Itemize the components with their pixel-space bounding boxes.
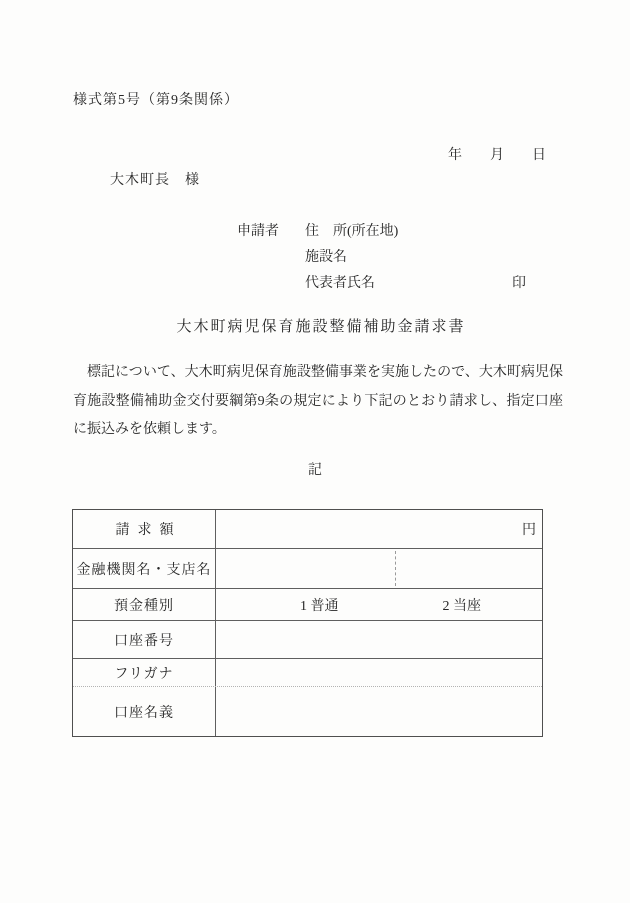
form-number: 様式第5号（第9条関係） [73, 89, 239, 109]
furigana-field [216, 659, 542, 686]
deposit-option-current: 2 当座 [443, 595, 482, 615]
issue-date-line: 年 月 日 [448, 144, 546, 164]
day-label: 日 [532, 144, 546, 164]
bank-branch-field [216, 549, 542, 588]
applicant-label: 申請者 [237, 220, 279, 240]
month-label: 月 [490, 144, 504, 164]
year-label: 年 [448, 144, 462, 164]
yen-unit-label: 円 [522, 519, 536, 539]
furigana-label: フリガナ [73, 659, 216, 686]
deposit-type-row: 預金種別 1 普通 2 当座 [73, 588, 542, 620]
addressee: 大木町長 様 [110, 169, 200, 189]
bank-branch-label: 金融機関名・支店名 [73, 549, 216, 588]
body-paragraph: 標記について、大木町病児保育施設整備事業を実施したので、大木町病児保育施設整備補… [73, 359, 563, 445]
bank-branch-divider [395, 551, 396, 586]
applicant-representative-label: 代表者氏名 [305, 272, 375, 292]
notation-ki: 記 [0, 459, 630, 479]
claim-amount-label: 請求額 [73, 510, 216, 548]
account-holder-label: 口座名義 [73, 687, 216, 736]
account-number-field [216, 621, 542, 658]
deposit-type-field: 1 普通 2 当座 [216, 589, 542, 620]
claim-amount-row: 請求額 円 [73, 510, 542, 548]
account-number-label: 口座番号 [73, 621, 216, 658]
account-holder-row: 口座名義 [73, 686, 542, 736]
bank-branch-row: 金融機関名・支店名 [73, 548, 542, 588]
seal-mark: 印 [512, 272, 526, 292]
deposit-type-label: 預金種別 [73, 589, 216, 620]
account-holder-field [216, 687, 542, 736]
account-number-row: 口座番号 [73, 620, 542, 658]
document-page: 様式第5号（第9条関係） 年 月 日 大木町長 様 申請者 住 所(所在地) 施… [0, 0, 630, 903]
applicant-facility-label: 施設名 [305, 246, 347, 266]
furigana-row: フリガナ [73, 658, 542, 686]
deposit-option-ordinary: 1 普通 [300, 595, 339, 615]
claim-table: 請求額 円 金融機関名・支店名 預金種別 1 普通 2 当座 [72, 509, 543, 737]
claim-amount-field: 円 [216, 510, 542, 548]
document-title: 大木町病児保育施設整備補助金請求書 [0, 315, 630, 336]
applicant-address-label: 住 所(所在地) [305, 220, 398, 240]
